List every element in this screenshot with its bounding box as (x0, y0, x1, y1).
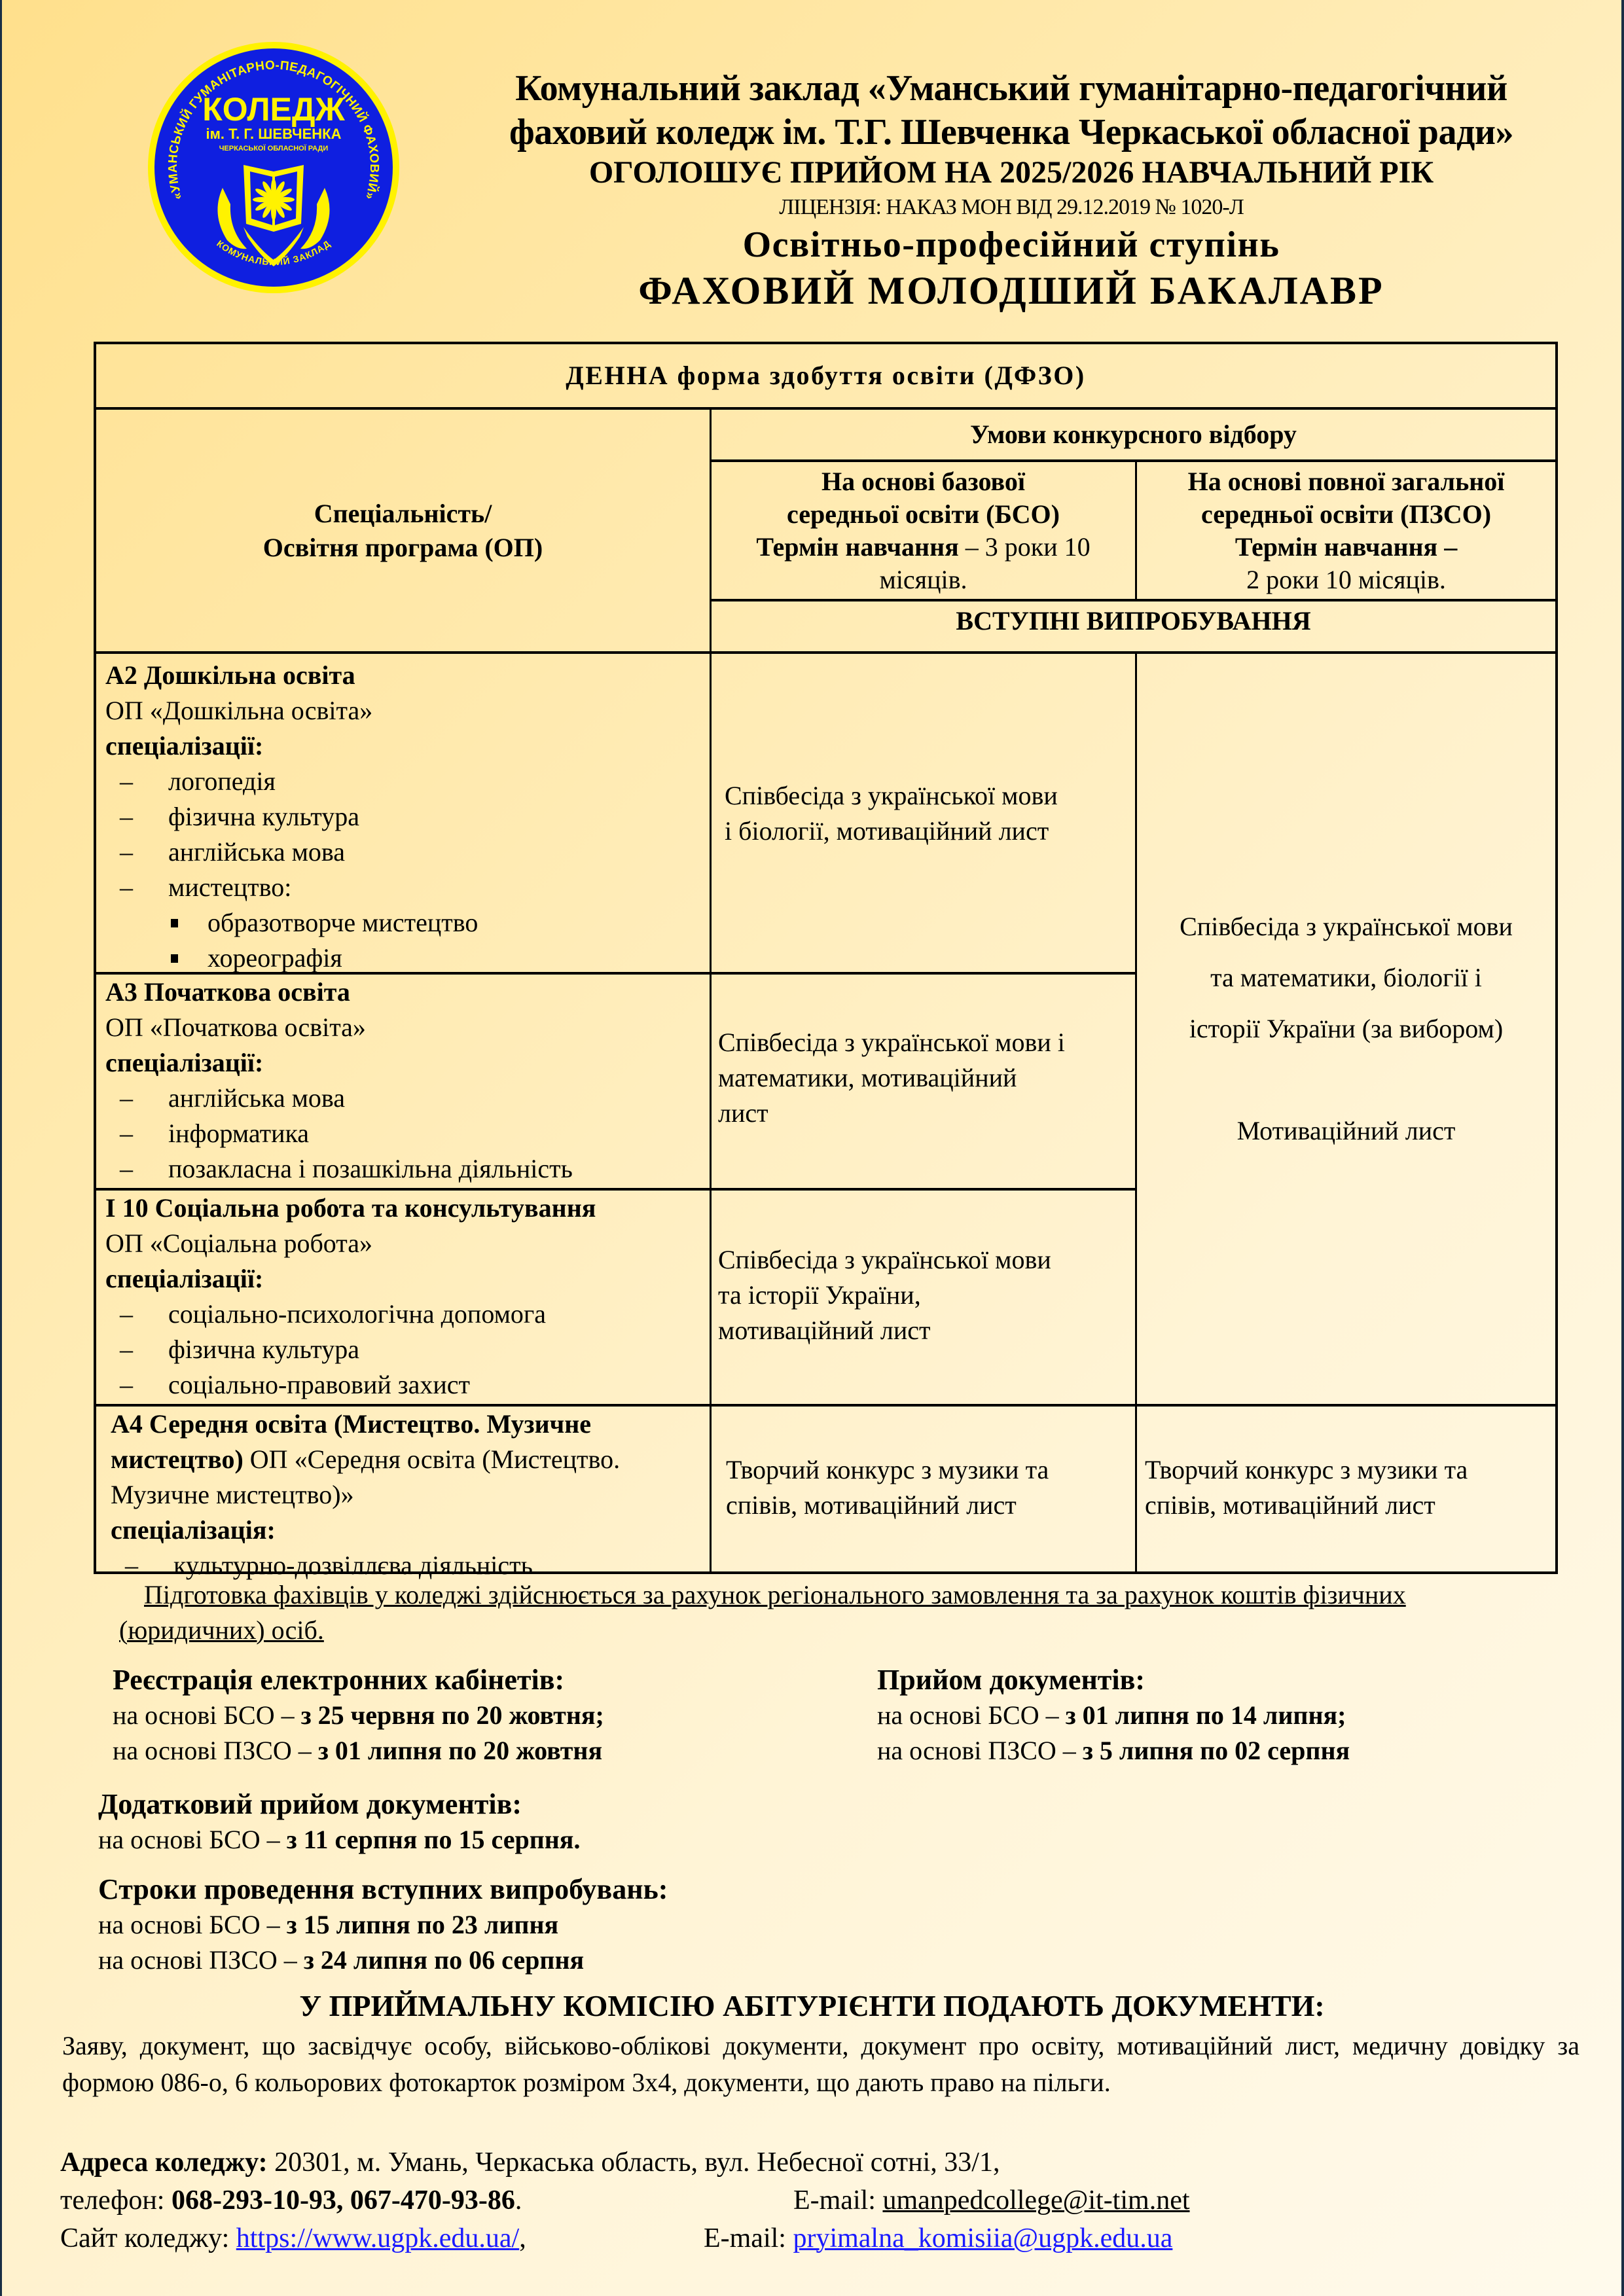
specialization-subitem: образотворче мистецтво (105, 905, 710, 941)
email-2: E-mail: pryimalna_komisiia@ugpk.edu.ua (704, 2220, 1172, 2257)
additional-intake-bso: на основі БСО – з 11 серпня по 15 серпня… (98, 1822, 580, 1857)
pzso-term-value: 2 роки 10 місяців. (1246, 564, 1446, 596)
address-label: Адреса коледжу: (60, 2147, 268, 2178)
specialization-item: фізична культура (105, 799, 710, 834)
specialization-item: фізична культура (105, 1332, 710, 1367)
additional-intake-title: Додатковий прийом документів: (98, 1787, 580, 1822)
svg-text:ЧЕРКАСЬКОЇ ОБЛАСНОЇ РАДИ: ЧЕРКАСЬКОЇ ОБЛАСНОЇ РАДИ (219, 144, 329, 152)
specializations-label: спеціалізація: (111, 1513, 710, 1548)
specialty-title: А3 Початкова освіта (105, 975, 710, 1010)
specializations-label: спеціалізації: (105, 1045, 710, 1081)
table-row-i10-bso-exam: Співбесіда з української мови та історії… (718, 1242, 1130, 1348)
exam-dates-bso: на основі БСО – з 15 липня по 23 липня (98, 1907, 668, 1943)
table-row-a4-pzso-exam: Творчий конкурс з музики та співів, моти… (1145, 1452, 1551, 1523)
exam-dates-section: Строки проведення вступних випробувань: … (98, 1872, 668, 1978)
degree-title: ФАХОВИЙ МОЛОДШИЙ БАКАЛАВР (419, 268, 1604, 314)
registration-title: Реєстрація електронних кабінетів: (113, 1662, 604, 1698)
specialty-title: А2 Дошкільна освіта (105, 658, 710, 693)
bso-heading: На основі базової середньої освіти (БСО) (787, 465, 1060, 531)
phone-line: телефон: 068-293-10-93, 067-470-93-86. E… (60, 2182, 1566, 2219)
specialization-item: англійська мова (105, 1081, 710, 1116)
svg-text:КОЛЕДЖ: КОЛЕДЖ (202, 91, 345, 128)
submission-title: У ПРИЙМАЛЬНУ КОМІСІЮ АБІТУРІЄНТИ ПОДАЮТЬ… (0, 1988, 1624, 2023)
email-link-1[interactable]: umanpedcollege@it-tim.net (882, 2185, 1189, 2215)
header-line1: Комунальний заклад «Уманський гуманітарн… (419, 67, 1604, 109)
email-link-2[interactable]: pryimalna_komisiia@ugpk.edu.ua (793, 2223, 1172, 2253)
specialization-item: англійська мова (105, 834, 710, 870)
column-header-pzso: На основі повної загальної середньої осв… (1137, 462, 1555, 599)
announce-title: ОГОЛОШУЄ ПРИЙОМ НА 2025/2026 НАВЧАЛЬНИЙ … (419, 154, 1604, 190)
program-name: ОП «Початкова освіта» (105, 1010, 710, 1045)
table-row-a2-specialty: А2 Дошкільна освіта ОП «Дошкільна освіта… (96, 654, 710, 972)
registration-bso: на основі БСО – з 25 червня по 20 жовтня… (113, 1698, 604, 1733)
exam-dates-title: Строки проведення вступних випробувань: (98, 1872, 668, 1907)
pzso-heading: На основі повної загальної середньої осв… (1188, 465, 1505, 531)
documents-intake-section: Прийом документів: на основі БСО – з 01 … (877, 1662, 1350, 1768)
specializations-label: спеціалізації: (105, 1261, 710, 1297)
specialty-title: І 10 Соціальна робота та консультування (105, 1191, 710, 1226)
registration-section: Реєстрація електронних кабінетів: на осн… (113, 1662, 604, 1768)
table-row-a2-bso-exam: Співбесіда з української мови і біології… (725, 778, 1130, 849)
license-line: ЛІЦЕНЗІЯ: НАКАЗ МОН ВІД 29.12.2019 № 102… (419, 195, 1604, 220)
documents-intake-bso: на основі БСО – з 01 липня по 14 липня; (877, 1698, 1350, 1733)
address-line: Адреса коледжу: 20301, м. Умань, Черкась… (60, 2144, 1000, 2181)
documents-intake-pzso: на основі ПЗСО – з 5 липня по 02 серпня (877, 1733, 1350, 1768)
specialization-item: мистецтво: (105, 870, 710, 905)
registration-pzso: на основі ПЗСО – з 01 липня по 20 жовтня (113, 1733, 604, 1768)
pzso-shared-exam: Співбесіда з української мови та математ… (1137, 654, 1555, 1404)
program-name: ОП «Соціальна робота» (105, 1226, 710, 1261)
specialization-item: логопедія (105, 764, 710, 799)
exam-dates-pzso: на основі ПЗСО – з 24 липня по 06 серпня (98, 1943, 668, 1978)
website-link[interactable]: https://www.ugpk.edu.ua/ (236, 2223, 519, 2253)
exams-header: ВСТУПНІ ВИПРОБУВАННЯ (712, 601, 1555, 651)
additional-intake-section: Додатковий прийом документів: на основі … (98, 1787, 580, 1857)
pzso-shared-exam-text: Співбесіда з української мови та математ… (1180, 901, 1513, 1054)
submission-documents: Заяву, документ, що засвідчує особу, вій… (62, 2028, 1579, 2101)
table-row-a4-specialty: А4 Середня освіта (Мистецтво. Музичне ми… (101, 1407, 710, 1571)
email-1: E-mail: umanpedcollege@it-tim.net (793, 2182, 1190, 2219)
specialty-and-program: А4 Середня освіта (Мистецтво. Музичне ми… (111, 1407, 710, 1513)
specialization-item: соціально-психологічна допомога (105, 1297, 710, 1332)
table-row-a3-bso-exam: Співбесіда з української мови і математи… (718, 1025, 1130, 1131)
documents-intake-title: Прийом документів: (877, 1662, 1350, 1698)
admission-table: ДЕННА форма здобуття освіти (ДФЗО) Спеці… (94, 342, 1558, 1574)
funding-note: Підготовка фахівців у коледжі здійснюєть… (119, 1577, 1526, 1648)
column-header-specialty: Спеціальність/ Освітня програма (ОП) (96, 410, 710, 651)
table-row-i10-specialty: І 10 Соціальна робота та консультування … (96, 1191, 710, 1404)
column-header-bso: На основі базової середньої освіти (БСО)… (712, 462, 1135, 599)
specialization-item: соціально-правовий захист (105, 1367, 710, 1403)
program-name: ОП «Дошкільна освіта» (105, 693, 710, 728)
specialization-item: інформатика (105, 1116, 710, 1151)
svg-text:ім. Т. Г. ШЕВЧЕНКА: ім. Т. Г. ШЕВЧЕНКА (206, 126, 342, 142)
pzso-term-label: Термін навчання – (1235, 531, 1457, 564)
specialization-item: позакласна і позашкільна діяльність (105, 1151, 710, 1187)
college-logo: «УМАНСЬКИЙ ГУМАНІТАРНО-ПЕДАГОГІЧНИЙ ФАХО… (145, 41, 402, 295)
table-row-a4-bso-exam: Творчий конкурс з музики та співів, моти… (726, 1452, 1132, 1523)
specializations-label: спеціалізації: (105, 728, 710, 764)
column-header-conditions: Умови конкурсного відбору (712, 410, 1555, 459)
bso-term: Термін навчання – 3 роки 10 місяців. (712, 531, 1135, 596)
phone-numbers: 068-293-10-93, 067-470-93-86 (171, 2185, 515, 2215)
specialization-subitem: хореографія (105, 941, 710, 976)
site-line: Сайт коледжу: https://www.ugpk.edu.ua/, … (60, 2220, 1566, 2257)
table-title: ДЕННА форма здобуття освіти (ДФЗО) (96, 344, 1555, 407)
pzso-shared-letter: Мотиваційний лист (1237, 1105, 1456, 1157)
page-edge-right (1621, 0, 1624, 2296)
page-edge-left (0, 0, 2, 2296)
table-row-a3-specialty: А3 Початкова освіта ОП «Початкова освіта… (96, 975, 710, 1188)
degree-label: Освітньо-професійний ступінь (419, 224, 1604, 266)
header-line2: фаховий коледж ім. Т.Г. Шевченка Черкась… (419, 111, 1604, 153)
